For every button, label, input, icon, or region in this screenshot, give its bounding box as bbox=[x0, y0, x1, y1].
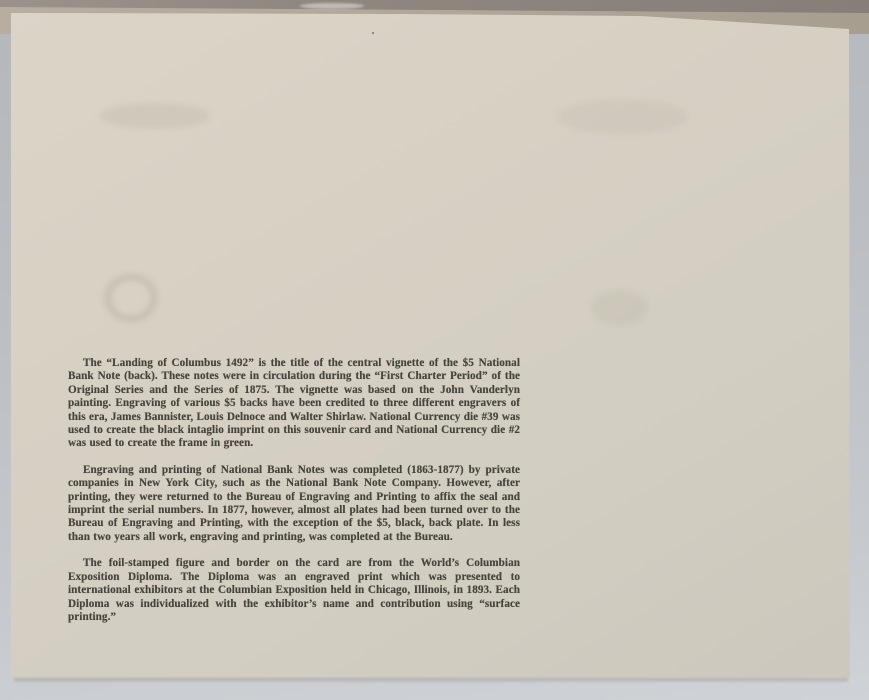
card-bottom-shadow bbox=[14, 678, 848, 683]
paragraph-vignette-description: The “Landing of Columbus 1492” is the ti… bbox=[68, 357, 520, 451]
paragraph-diploma-description: The foil-stamped figure and border on th… bbox=[68, 557, 520, 624]
souvenir-card-back: The “Landing of Columbus 1492” is the ti… bbox=[0, 0, 869, 700]
foil-showthrough-mark bbox=[100, 270, 162, 326]
dust-speck bbox=[372, 32, 374, 34]
foil-showthrough-mark bbox=[592, 290, 648, 326]
card-text-block: The “Landing of Columbus 1492” is the ti… bbox=[68, 357, 520, 624]
foil-showthrough-mark bbox=[558, 100, 688, 134]
paragraph-printing-history: Engraving and printing of National Bank … bbox=[68, 464, 520, 544]
glare-highlight bbox=[300, 3, 364, 9]
photo-scene: The “Landing of Columbus 1492” is the ti… bbox=[0, 0, 869, 700]
foil-showthrough-mark bbox=[100, 103, 210, 129]
